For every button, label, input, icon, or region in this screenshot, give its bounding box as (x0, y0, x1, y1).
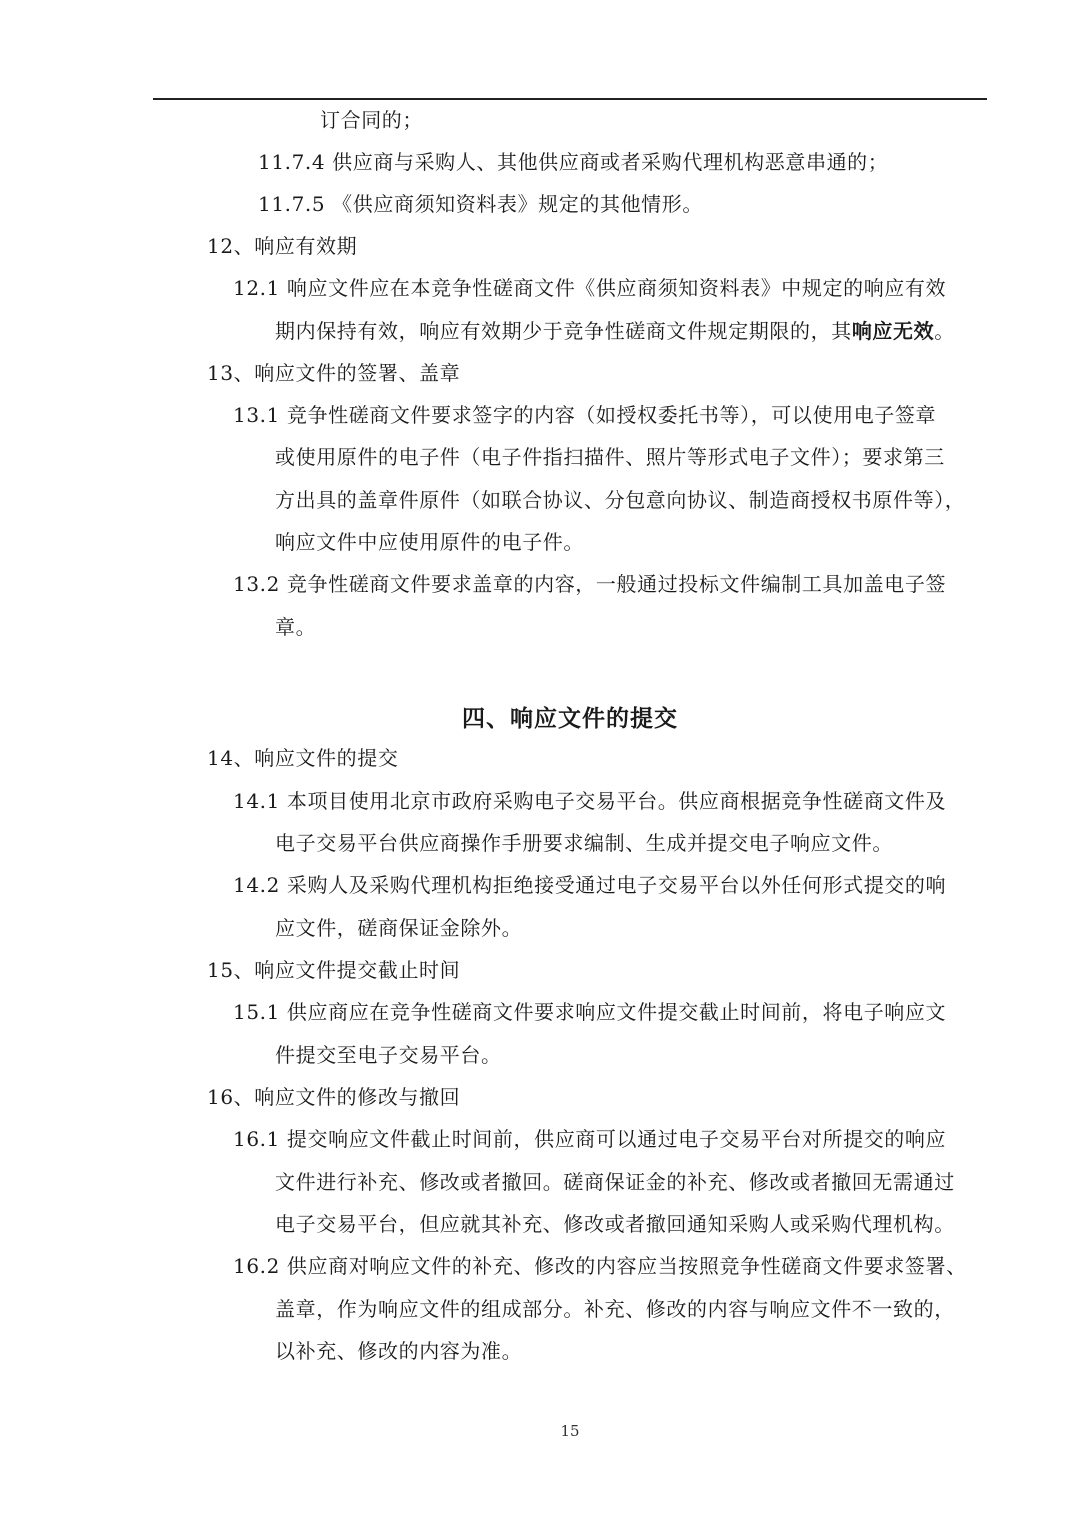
clause-12-1-cont: 期内保持有效，响应有效期少于竞争性磋商文件规定期限的，其响应无效。 (275, 317, 955, 345)
clause-14-2: 14.2 采购人及采购代理机构拒绝接受通过电子交易平台以外任何形式提交的响 (233, 871, 946, 899)
period: 。 (934, 319, 955, 343)
clause-11-7-4: 11.7.4 供应商与采购人、其他供应商或者采购代理机构恶意串通的； (258, 148, 888, 176)
clause-13-2-cont: 章。 (275, 613, 316, 641)
clause-14-1-cont: 电子交易平台供应商操作手册要求编制、生成并提交电子响应文件。 (275, 829, 893, 857)
heading-12: 12、响应有效期 (207, 232, 357, 260)
clause-12-1-text: 期内保持有效，响应有效期少于竞争性磋商文件规定期限的，其 (275, 319, 852, 343)
clause-16-2-cont-2: 以补充、修改的内容为准。 (275, 1337, 522, 1365)
clause-12-1: 12.1 响应文件应在本竞争性磋商文件《供应商须知资料表》中规定的响应有效 (233, 274, 946, 302)
clause-14-1: 14.1 本项目使用北京市政府采购电子交易平台。供应商根据竞争性磋商文件及 (233, 787, 946, 815)
heading-14: 14、响应文件的提交 (207, 744, 398, 772)
clause-16-2-cont-1: 盖章，作为响应文件的组成部分。补充、修改的内容与响应文件不一致的， (275, 1295, 955, 1323)
clause-13-2: 13.2 竞争性磋商文件要求盖章的内容，一般通过投标文件编制工具加盖电子签 (233, 570, 946, 598)
clause-16-1-cont-2: 电子交易平台，但应就其补充、修改或者撤回通知采购人或采购代理机构。 (275, 1210, 955, 1238)
clause-13-1-cont-3: 响应文件中应使用原件的电子件。 (275, 528, 584, 556)
clause-15-1-cont: 件提交至电子交易平台。 (275, 1041, 502, 1069)
heading-15: 15、响应文件提交截止时间 (207, 956, 460, 984)
continuation-line: 订合同的； (320, 106, 423, 134)
clause-13-1: 13.1 竞争性磋商文件要求签字的内容（如授权委托书等），可以使用电子签章 (233, 401, 936, 429)
section-title: 四、响应文件的提交 (0, 703, 1080, 735)
clause-16-2: 16.2 供应商对响应文件的补充、修改的内容应当按照竞争性磋商文件要求签署、 (233, 1252, 967, 1280)
heading-13: 13、响应文件的签署、盖章 (207, 359, 460, 387)
clause-16-1-cont-1: 文件进行补充、修改或者撤回。磋商保证金的补充、修改或者撤回无需通过 (275, 1168, 955, 1196)
emphasis-invalid: 响应无效 (852, 319, 934, 343)
clause-11-7-5: 11.7.5 《供应商须知资料表》规定的其他情形。 (258, 190, 703, 218)
clause-16-1: 16.1 提交响应文件截止时间前，供应商可以通过电子交易平台对所提交的响应 (233, 1125, 946, 1153)
page-number: 15 (0, 1421, 1080, 1441)
heading-16: 16、响应文件的修改与撤回 (207, 1083, 460, 1111)
clause-13-1-cont-2: 方出具的盖章件原件（如联合协议、分包意向协议、制造商授权书原件等）， (275, 486, 965, 514)
clause-15-1: 15.1 供应商应在竞争性磋商文件要求响应文件提交截止时间前，将电子响应文 (233, 998, 946, 1026)
clause-14-2-cont: 应文件，磋商保证金除外。 (275, 914, 522, 942)
header-rule (153, 98, 987, 100)
clause-13-1-cont-1: 或使用原件的电子件（电子件指扫描件、照片等形式电子文件）；要求第三 (275, 443, 945, 471)
